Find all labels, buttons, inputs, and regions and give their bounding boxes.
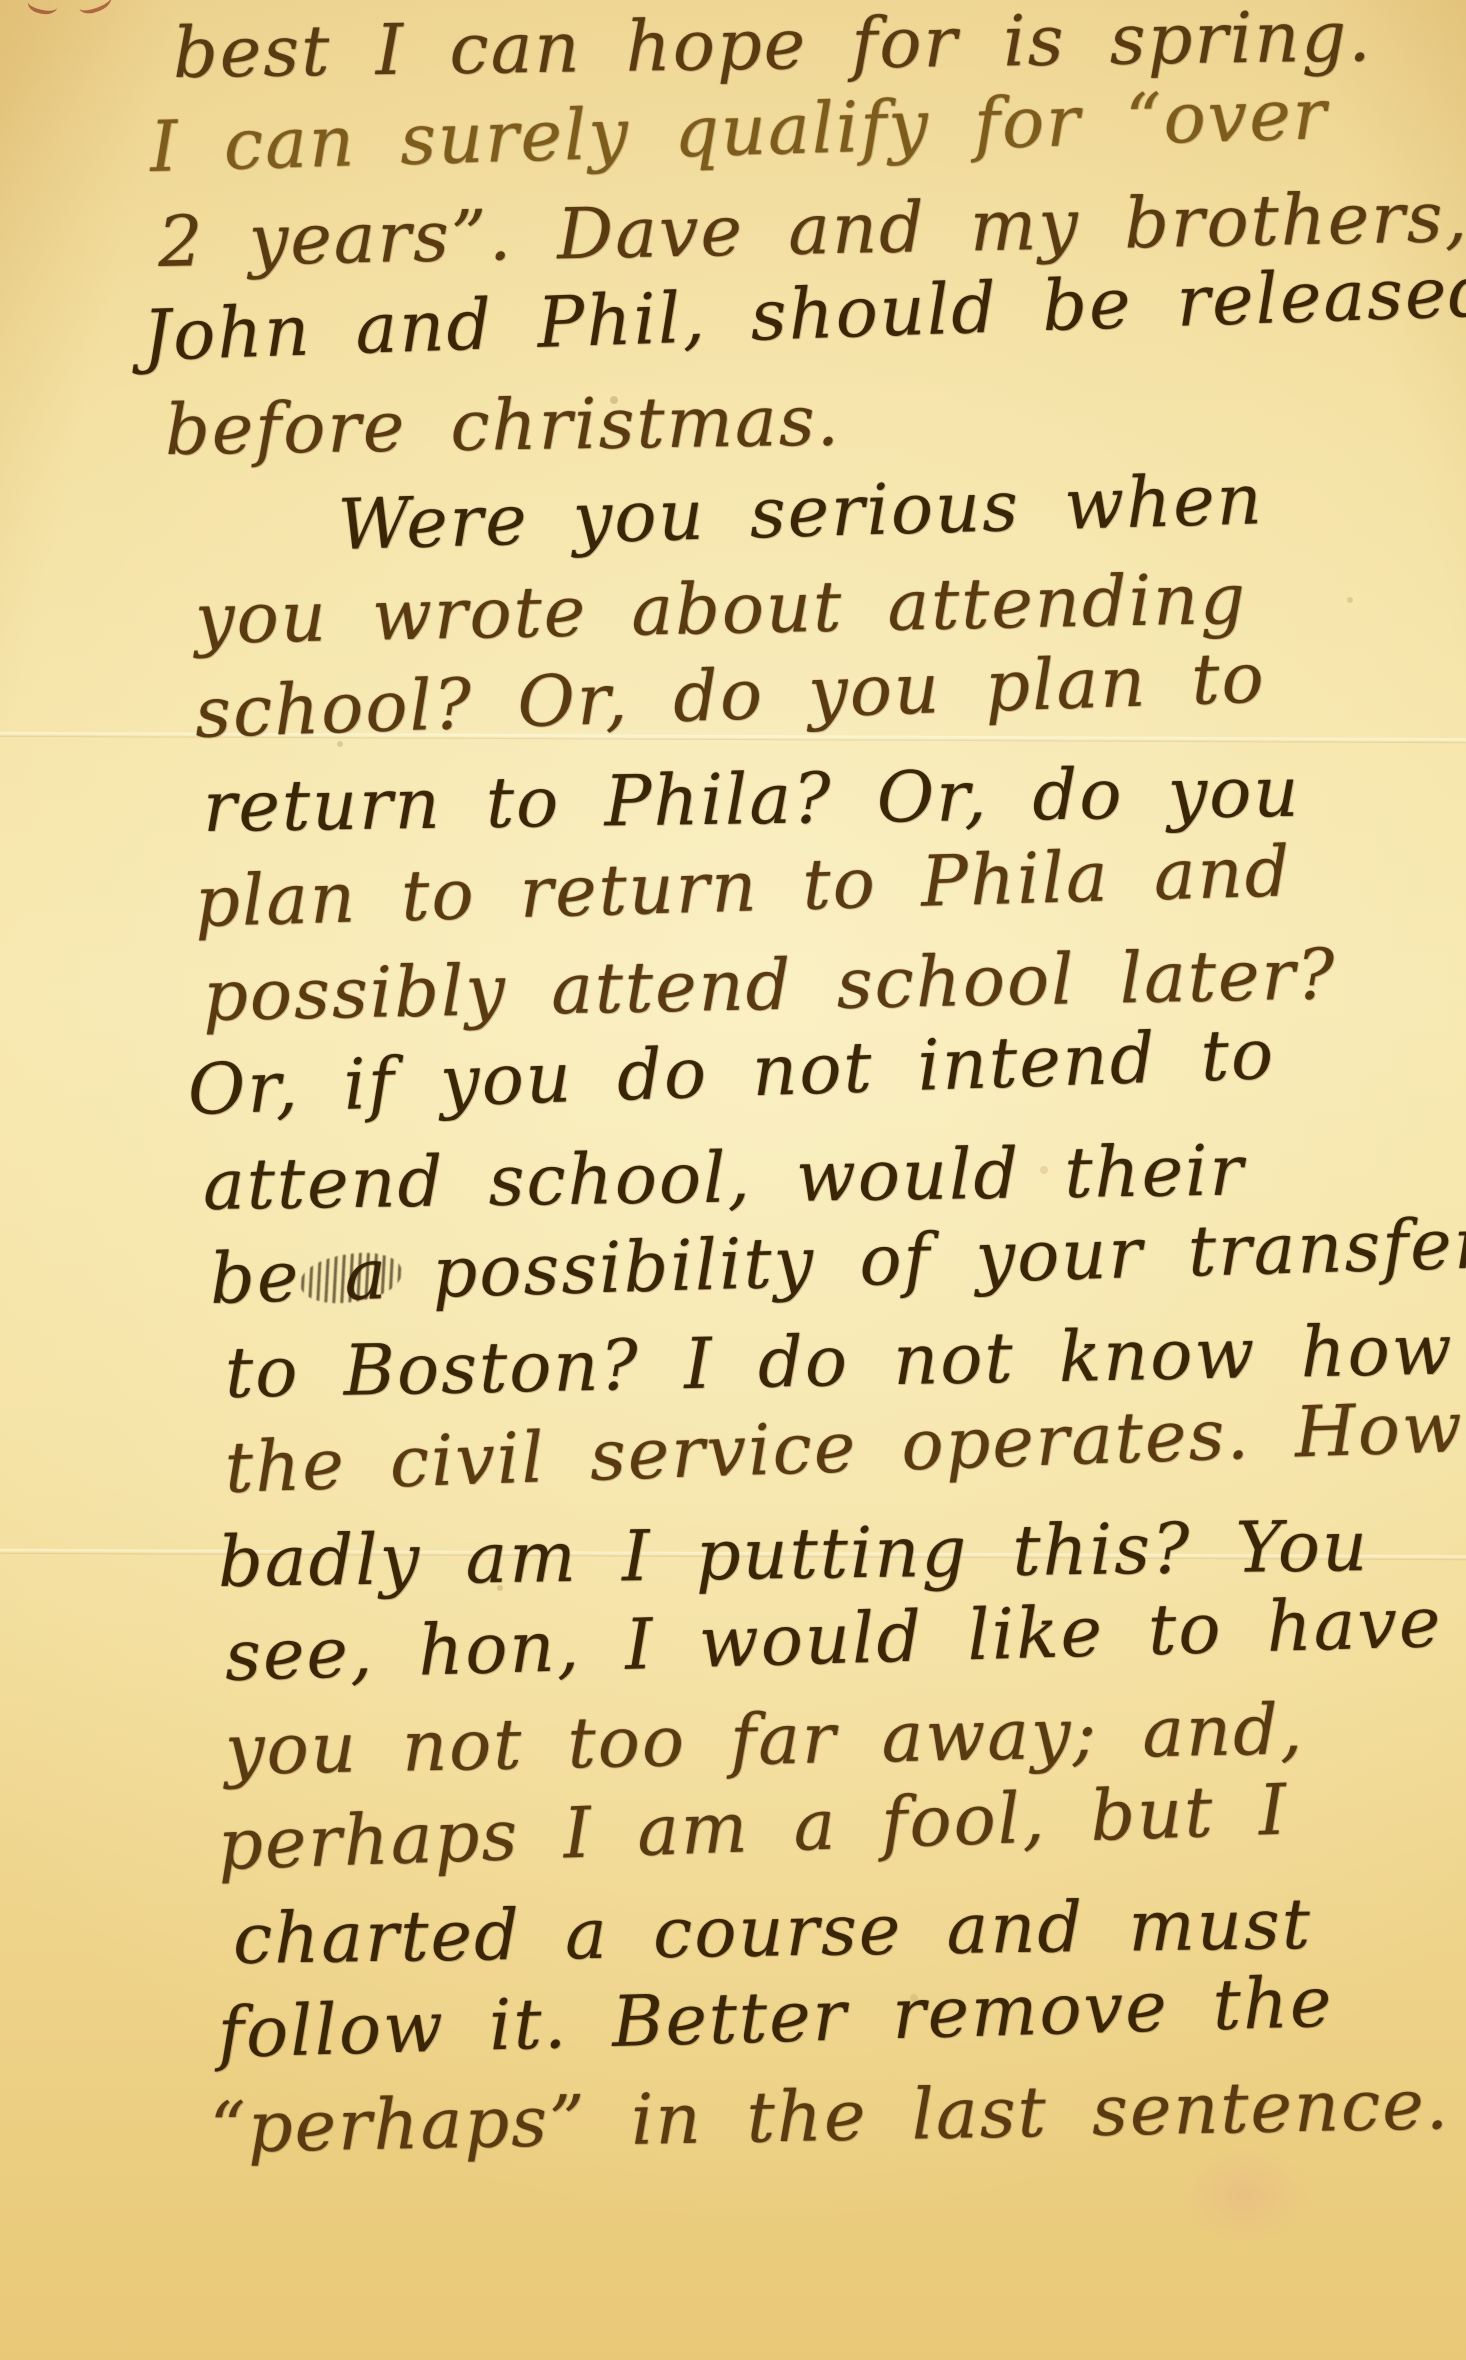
letter-text: best I can hope for is spring.I can sure… (0, 0, 1466, 2360)
handwriting-line: plan to return to Phila and (194, 830, 1293, 943)
paper-stain (1160, 2130, 1330, 2260)
handwriting-line: follow it. Better remove the (217, 1961, 1335, 2074)
paper-speckles (0, 0, 4, 4)
handwriting-line: before christmas. (164, 380, 841, 471)
letter-page: best I can hope for is spring.I can sure… (0, 0, 1466, 2360)
handwriting-line: attend school, would their (202, 1129, 1245, 1226)
handwriting-line: Were you serious when (337, 458, 1265, 566)
